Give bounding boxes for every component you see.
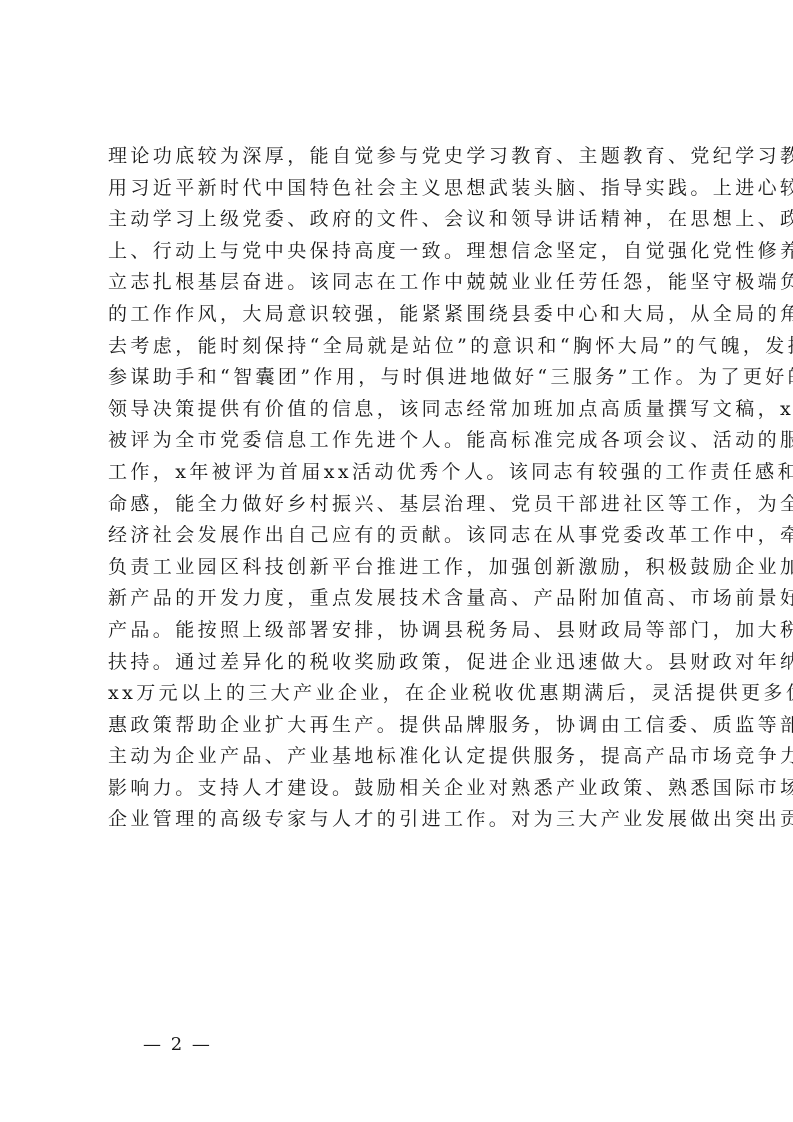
text-line: 立志扎根基层奋进。该同志在工作中兢兢业业任劳任怨，能坚守极端负责 bbox=[108, 267, 692, 299]
text-line: 扶持。通过差异化的税收奖励政策，促进企业迅速做大。县财政对年纳税 bbox=[108, 647, 692, 679]
text-line: 被评为全市党委信息工作先进个人。能高标准完成各项会议、活动的服务 bbox=[108, 425, 692, 457]
text-line: 产品。能按照上级部署安排，协调县税务局、县财政局等部门，加大税收 bbox=[108, 615, 692, 647]
text-line: 上、行动上与党中央保持高度一致。理想信念坚定，自觉强化党性修养， bbox=[108, 236, 692, 268]
text-line: 经济社会发展作出自己应有的贡献。该同志在从事党委改革工作中，牵头 bbox=[108, 520, 692, 552]
text-line: 理论功底较为深厚，能自觉参与党史学习教育、主题教育、党纪学习教育， bbox=[108, 141, 692, 173]
text-line: 惠政策帮助企业扩大再生产。提供品牌服务，协调由工信委、质监等部门 bbox=[108, 710, 692, 742]
page-number: — 2 — bbox=[143, 1034, 212, 1055]
text-line: xx万元以上的三大产业企业，在企业税收优惠期满后，灵活提供更多优 bbox=[108, 678, 692, 710]
text-line: 影响力。支持人才建设。鼓励相关企业对熟悉产业政策、熟悉国际市场及 bbox=[108, 773, 692, 805]
text-line: 负责工业园区科技创新平台推进工作，加强创新激励，积极鼓励企业加大 bbox=[108, 552, 692, 584]
document-page: 理论功底较为深厚，能自觉参与党史学习教育、主题教育、党纪学习教育， 用习近平新时… bbox=[0, 0, 793, 1122]
text-line: 领导决策提供有价值的信息，该同志经常加班加点高质量撰写文稿，x年 bbox=[108, 394, 692, 426]
text-line: 工作，x年被评为首届xx活动优秀个人。该同志有较强的工作责任感和使 bbox=[108, 457, 692, 489]
text-line: 主动学习上级党委、政府的文件、会议和领导讲话精神，在思想上、政治 bbox=[108, 204, 692, 236]
text-line: 命感，能全力做好乡村振兴、基层治理、党员干部进社区等工作，为全县 bbox=[108, 489, 692, 521]
text-line: 主动为企业产品、产业基地标准化认定提供服务，提高产品市场竞争力与 bbox=[108, 741, 692, 773]
text-line: 企业管理的高级专家与人才的引进工作。对为三大产业发展做出突出贡献 bbox=[108, 804, 692, 836]
text-line: 新产品的开发力度，重点发展技术含量高、产品附加值高、市场前景好的 bbox=[108, 583, 692, 615]
text-line: 的工作作风，大局意识较强，能紧紧围绕县委中心和大局，从全局的角度 bbox=[108, 299, 692, 331]
text-line: 去考虑，能时刻保持“全局就是站位”的意识和“胸怀大局”的气魄，发挥好 bbox=[108, 331, 692, 363]
body-paragraph: 理论功底较为深厚，能自觉参与党史学习教育、主题教育、党纪学习教育， 用习近平新时… bbox=[108, 141, 698, 836]
text-line: 用习近平新时代中国特色社会主义思想武装头脑、指导实践。上进心较强， bbox=[108, 173, 692, 205]
text-line: 参谋助手和“智囊团”作用，与时俱进地做好“三服务”工作。为了更好的为 bbox=[108, 362, 692, 394]
